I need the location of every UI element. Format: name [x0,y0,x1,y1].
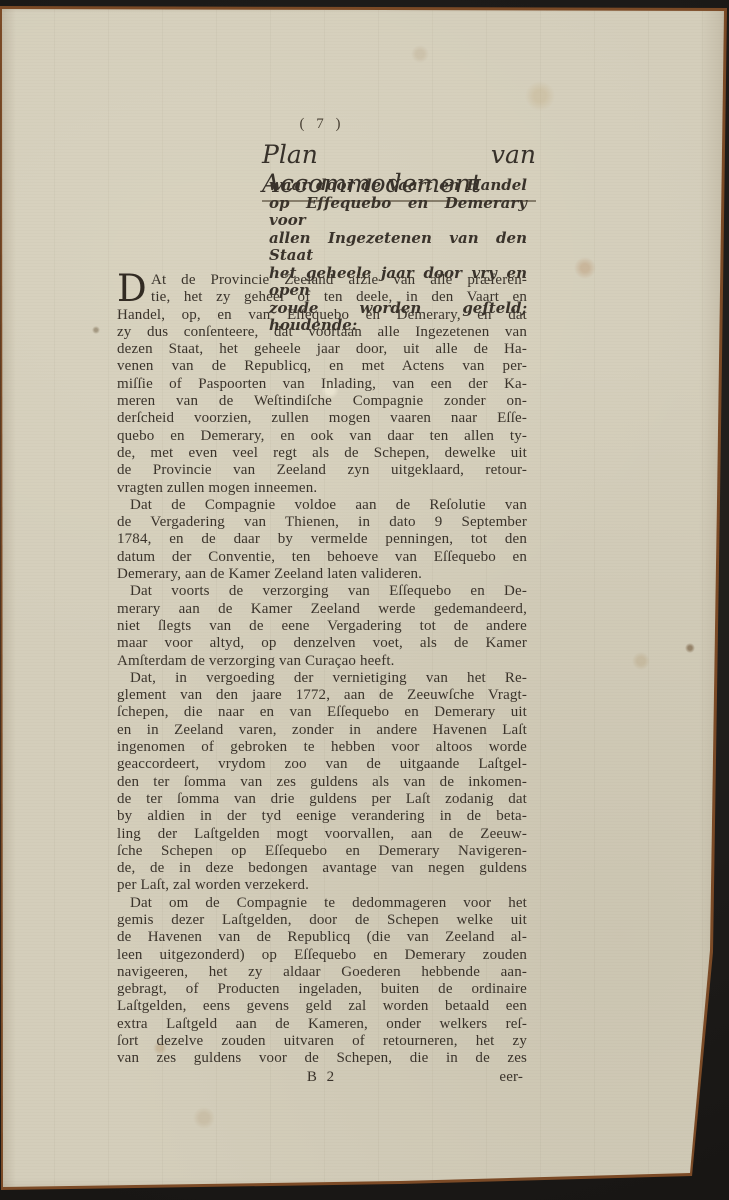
footer-line: B 2 eer- [117,1069,527,1087]
text-line: de ter ſomma van drie guldens per Laſt z… [117,791,527,808]
text-line: venen van de Republicq, en met Actens va… [117,358,527,375]
paragraph: Dat voorts de verzorging van Eſſequebo e… [117,583,527,669]
text-line: leen uitgezonderd) op Eſſequebo en Demer… [117,947,527,964]
text-line: ling der Laſtgelden mogt voorvallen, aan… [117,826,527,843]
text-line: en in Zeeland varen, zonder in andere Ha… [117,722,527,739]
text-line: datum der Conventie, ten behoeve van Eſſ… [117,549,527,566]
subtitle-line: waar door de Vaart en Handel [269,177,527,195]
paragraph: D At de Provincie Zeeland afzie van alle… [117,272,527,497]
page-number: ( 7 ) [117,116,527,133]
text-line: ingenomen of gebroken te hebben voor alt… [117,739,527,756]
text-line: derſcheid voorzien, zullen mogen vaaren … [117,410,527,427]
text-line: geaccordeert, vrydom zoo van de uitgaand… [117,756,527,773]
text-line: quebo en Demerary, en ook van daar ten a… [117,428,527,445]
text-line: van zes guldens voor de Schepen, die in … [117,1050,527,1067]
text-line: meren van de Weſtindiſche Compagnie zond… [117,393,527,410]
text-line: extra Laſtgeld aan de Kameren, onder wel… [117,1016,527,1033]
text-line: Amſterdam de verzorging van Curaçao heef… [117,653,527,670]
text-line: niet ſlegts van de eene Vergadering tot … [117,618,527,635]
text-line: gebragt, of Producten ingeladen, buiten … [117,981,527,998]
text-line: den ter ſomma van zes guldens als van de… [117,774,527,791]
scanned-page-backdrop: ( 7 ) Plan van Accommodement waar door d… [0,0,729,1200]
paragraph: Dat de Compagnie voldoe aan de Reſolutie… [117,497,527,583]
text-line: de, met even veel regt als de Schepen, d… [117,445,527,462]
text-line: de Provincie van Zeeland zyn uitgeklaard… [117,462,527,479]
page: ( 7 ) Plan van Accommodement waar door d… [0,0,729,1200]
text-line: miſſie of Paspoorten van Inlading, van e… [117,376,527,393]
text-line: Dat om de Compagnie te dedommageren voor… [117,895,527,912]
text-line: dezen Staat, het geheele jaar door, uit … [117,341,527,358]
text-line: de Havenen van de Republicq (die van Zee… [117,929,527,946]
text-line: Handel, op, en van Eſſequebo en Demerary… [117,307,527,324]
text-line: glement van den jaare 1772, aan de Zeeuw… [117,687,527,704]
text-line: At de Provincie Zeeland afzie van alle p… [151,272,527,289]
text-line: tie, het zy geheel of ten deele, in den … [151,289,527,306]
signature-mark: B 2 [307,1069,337,1086]
text-line: Dat voorts de verzorging van Eſſequebo e… [117,583,527,600]
text-line: navigeeren, het zy aldaar Goederen hebbe… [117,964,527,981]
text-line: Demerary, aan de Kamer Zeeland laten val… [117,566,527,583]
text-line: Laſtgelden, eens gevens geld zal worden … [117,998,527,1015]
text-line: ſort dezelve zouden uitvaren of retourne… [117,1033,527,1050]
text-line: per Laſt, zal worden verzekerd. [117,877,527,894]
subtitle-line: allen Ingezetenen van den Staat [269,230,527,265]
paragraph: Dat om de Compagnie te dedommageren voor… [117,895,527,1068]
text-line: Dat, in vergoeding der vernietiging van … [117,670,527,687]
catchword: eer- [499,1069,523,1086]
text-line: ſchepen, die naar en van Eſſequebo en De… [117,704,527,721]
text-line: maar voor altyd, op denzelven voet, als … [117,635,527,652]
text-line: by aldien in der tyd eenige verandering … [117,808,527,825]
text-line: vragten zullen mogen inneemen. [117,480,527,497]
text-line: Dat de Compagnie voldoe aan de Reſolutie… [117,497,527,514]
text-line: de, de in deze bedongen avantage van neg… [117,860,527,877]
text-line: de Vergadering van Thienen, in dato 9 Se… [117,514,527,531]
body-text: D At de Provincie Zeeland afzie van alle… [117,272,527,1087]
text-line: zy dus conſenteere, dat voortaan alle In… [117,324,527,341]
subtitle-line: op Eſſequebo en Demerary voor [269,195,527,230]
text-line: ſche Schepen op Eſſequebo en Demerary Na… [117,843,527,860]
text-line: gemis dezer Laſtgelden, door de Schepen … [117,912,527,929]
text-line: 1784, en de daar by vermelde penningen, … [117,531,527,548]
text-line: merary aan de Kamer Zeeland werde gedema… [117,601,527,618]
drop-cap: D [117,273,146,306]
paragraph: Dat, in vergoeding der vernietiging van … [117,670,527,895]
